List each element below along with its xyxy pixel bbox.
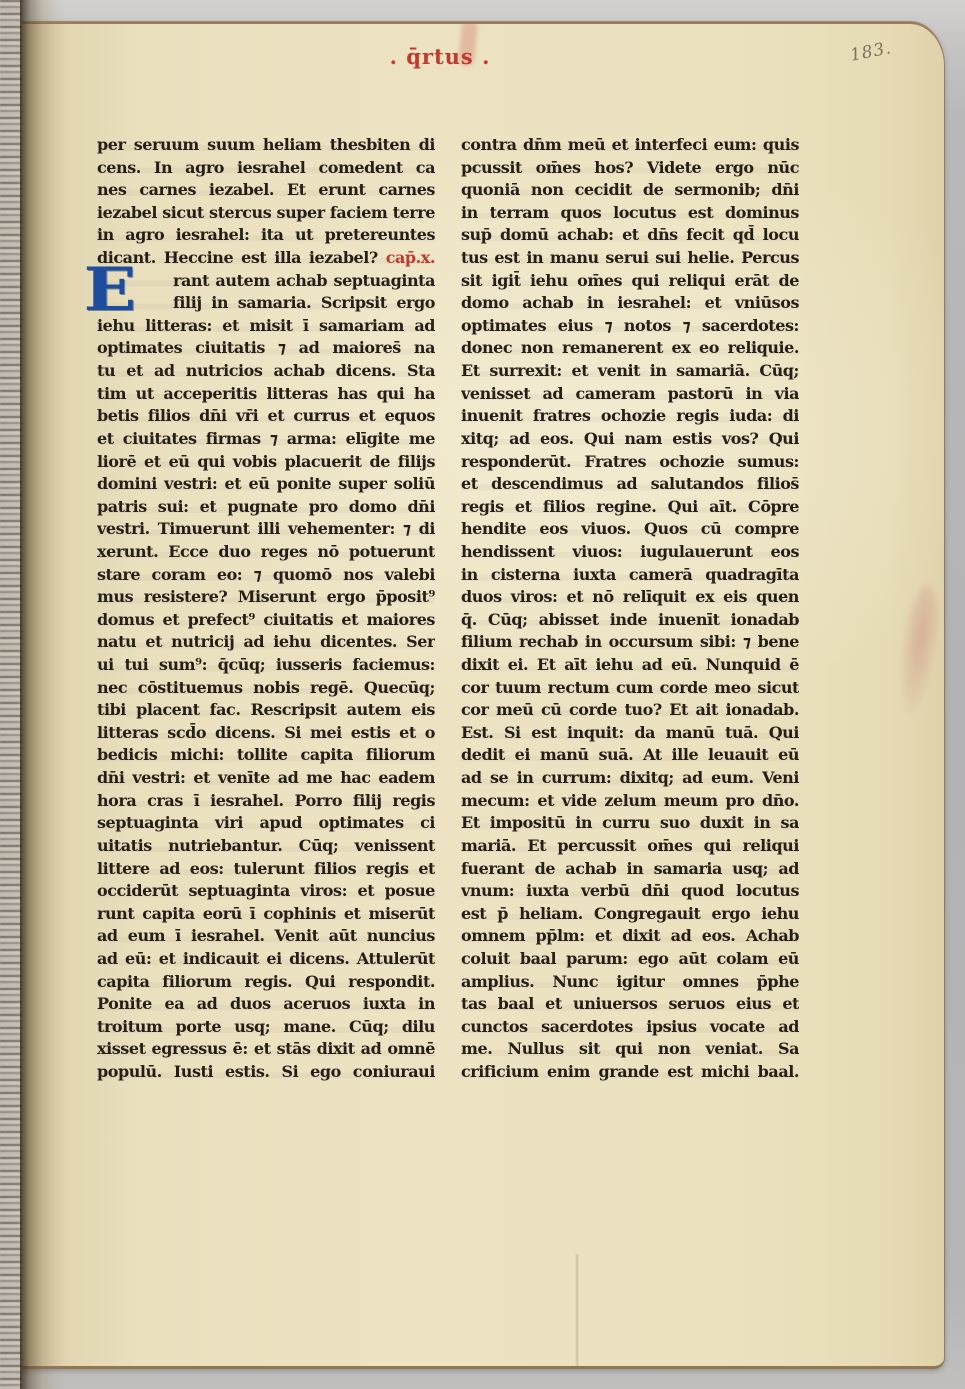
text-line: inuenit fratres ochozie regis iuda: di [461, 405, 799, 428]
text-line: betis filios dn̄i vr̄i et currus et equo… [97, 405, 435, 428]
text-line-content: duos viros: et nō relīquit ex eis quen [461, 587, 799, 606]
manuscript-page: . q̄rtus . 183. E per seruum suum heliam… [22, 22, 944, 1368]
text-line: mecum: et vide zelum meum pro dn̄o. [461, 790, 799, 813]
text-line: natu et nutricij ad iehu dicentes. Ser [97, 631, 435, 654]
text-line-content: domus et prefect⁹ ciuitatis et maiores [97, 610, 435, 629]
running-title: . q̄rtus . [360, 44, 520, 69]
text-line: regis et filios regine. Qui aīt. Cōpre [461, 496, 799, 519]
text-line-content: cor meū cū corde tuo? Et ait ionadab. [461, 700, 799, 719]
text-line-content: uitatis nutriebantur. Cūq; venissent [97, 836, 435, 855]
text-line-content: occiderūt septuaginta viros: et posue [97, 881, 435, 900]
text-line: responderūt. Fratres ochozie sumus: [461, 451, 799, 474]
text-line: omnem pp̄lm: et dixit ad eos. Achab [461, 925, 799, 948]
text-line-content: dicant. Heccine est illa iezabel? [97, 248, 386, 267]
text-line-content: optimates eius ⁊ notos ⁊ sacerdotes: [461, 316, 799, 335]
chapter-rubric: cap̄.x. [386, 248, 435, 267]
text-line: hora cras ī iesrahel. Porro filij regis [97, 790, 435, 813]
text-line-content: optimates ciuitatis ⁊ ad maiores̄ na [97, 338, 435, 357]
text-line: coluit baal parum: ego aūt colam eū [461, 948, 799, 971]
text-line-content: per seruum suum heliam thesbiten di [97, 135, 435, 154]
text-line-content: mus resistere? Miserunt ergo p̄posit⁹ [97, 587, 435, 606]
text-line: dn̄i vestri: et venīte ad me hac eadem [97, 767, 435, 790]
text-line-content: iehu litteras: et misit ī samariam ad [97, 316, 435, 335]
text-line: domo achab in iesrahel: et vniūsos [461, 292, 799, 315]
text-line: iezabel sicut stercus super faciem terre [97, 202, 435, 225]
text-line-content: cunctos sacerdotes ipsius vocate ad [461, 1017, 799, 1036]
text-line-content: tibi placent fac. Rescripsit autem eis [97, 700, 435, 719]
text-line: tus est in manu serui sui helie. Percus [461, 247, 799, 270]
text-line-content: nes carnes iezabel. Et erunt carnes [97, 180, 435, 199]
text-line-content: Et surrexit: et venit in samariā. Cūq; [461, 361, 799, 380]
text-line: xitq; ad eos. Qui nam estis vos? Qui [461, 428, 799, 451]
text-line: fuerant de achab in samaria usq; ad [461, 858, 799, 881]
text-line-content: littere ad eos: tulerunt filios regis et [97, 859, 435, 878]
text-line: tibi placent fac. Rescripsit autem eis [97, 699, 435, 722]
text-line: occiderūt septuaginta viros: et posue [97, 880, 435, 903]
text-line-content: in agro iesrahel: ita ut pretereuntes [97, 225, 435, 244]
text-line: hendissent viuos: iugulauerunt eos [461, 541, 799, 564]
text-line: nec cōstituemus nobis regē. Quecūq; [97, 677, 435, 700]
text-line-content: hendissent viuos: iugulauerunt eos [461, 542, 799, 561]
text-line-content: in terram quos locutus est dominus [461, 203, 799, 222]
text-line: tu et ad nutricios achab dicens. Sta [97, 360, 435, 383]
text-line-content: coluit baal parum: ego aūt colam eū [461, 949, 799, 968]
text-line-content: sit igit̄ iehu om̄es qui reliqui erāt d… [461, 271, 799, 290]
text-line-content: ui tui sum⁹: q̄cūq; iusseris faciemus: [97, 655, 435, 674]
text-line-content: dn̄i vestri: et venīte ad me hac eadem [97, 768, 435, 787]
text-line-content: Est. Si est inquit: da manū tuā. Qui [461, 723, 799, 742]
text-line: ui tui sum⁹: q̄cūq; iusseris faciemus: [97, 654, 435, 677]
text-line: Et impositū in curru suo duxit in sa [461, 812, 799, 835]
text-line: cunctos sacerdotes ipsius vocate ad [461, 1016, 799, 1039]
text-line-content: in cisterna iuxta camerā quadragīta [461, 565, 799, 584]
text-line-content: et ciuitates firmas ⁊ arma: elīgite me [97, 429, 435, 448]
text-line-content: stare coram eo: ⁊ quomō nos valebi [97, 565, 435, 584]
text-line-content: regis et filios regine. Qui aīt. Cōpre [461, 497, 799, 516]
text-line: q̄. Cūq; abisset inde inuenīt ionadab [461, 609, 799, 632]
text-line: tim ut acceperitis litteras has qui ha [97, 383, 435, 406]
text-line: capita filiorum regis. Qui respondit. [97, 971, 435, 994]
text-line: filium rechab in occursum sibi: ⁊ bene [461, 631, 799, 654]
text-line: quoniā non cecidit de sermonib; dn̄i [461, 179, 799, 202]
text-line: mariā. Et percussit om̄es qui reliqui [461, 835, 799, 858]
parchment-stain [893, 582, 944, 715]
text-line-content: pcussit om̄es hos? Videte ergo nūc [461, 158, 799, 177]
text-line-content: dedit ei manū suā. At ille leuauit eū [461, 745, 799, 764]
text-line: optimates ciuitatis ⁊ ad maiores̄ na [97, 337, 435, 360]
text-line-content: dixit ei. Et aīt iehu ad eū. Nunquid ē [461, 655, 799, 674]
text-line-content: cens. In agro iesrahel comedent ca [97, 158, 435, 177]
text-line-content: bedicis michi: tollite capita filiorum [97, 745, 435, 764]
text-line: tas baal et uniuersos seruos eius et [461, 993, 799, 1016]
text-line: litteras scd̄o dicens. Si mei estis et o [97, 722, 435, 745]
text-line: vestri. Timuerunt illi vehementer: ⁊ di [97, 518, 435, 541]
text-line: Ponite ea ad duos aceruos iuxta in [97, 993, 435, 1016]
text-line: septuaginta viri apud optimates ci [97, 812, 435, 835]
text-line-content: domini vestri: et eū ponite super soliū [97, 474, 435, 493]
text-line: me. Nullus sit qui non veniat. Sa [461, 1038, 799, 1061]
text-line: mus resistere? Miserunt ergo p̄posit⁹ [97, 586, 435, 609]
text-line: per seruum suum heliam thesbiten di [97, 134, 435, 157]
text-line: ad eū: et indicauit ei dicens. Attulerūt [97, 948, 435, 971]
text-line-content: venisset ad cameram pastorū in via [461, 384, 799, 403]
text-line: et ciuitates firmas ⁊ arma: elīgite me [97, 428, 435, 451]
text-line-content: tus est in manu serui sui helie. Percus [461, 248, 799, 267]
text-line: dixit ei. Et aīt iehu ad eū. Nunquid ē [461, 654, 799, 677]
text-line: troitum porte usq; mane. Cūq; dilu [97, 1016, 435, 1039]
book-fore-edge [0, 0, 22, 1389]
chapter-initial: E [84, 264, 136, 316]
text-line-content: hora cras ī iesrahel. Porro filij regis [97, 791, 435, 810]
text-line-content: et descendimus ad salutandos filios̄ [461, 474, 799, 493]
text-line: contra dn̄m meū et interfeci eum: quis [461, 134, 799, 157]
text-column-right: contra dn̄m meū et interfeci eum: quispc… [461, 134, 799, 1084]
text-line: et descendimus ad salutandos filios̄ [461, 473, 799, 496]
text-line-content: crificium enim grande est michi baal. [461, 1062, 799, 1081]
text-line: xisset egressus ē: et stās dixit ad omn… [97, 1038, 435, 1061]
text-line-content: fuerant de achab in samaria usq; ad [461, 859, 799, 878]
text-line-content: q̄. Cūq; abisset inde inuenīt ionadab [461, 610, 799, 629]
text-line: in terram quos locutus est dominus [461, 202, 799, 225]
text-line: hendite eos viuos. Quos cū compre [461, 518, 799, 541]
text-line-content: xerunt. Ecce duo reges nō potuerunt [97, 542, 435, 561]
text-line: sit igit̄ iehu om̄es qui reliqui erāt d… [461, 270, 799, 293]
text-line-content: ad eū: et indicauit ei dicens. Attulerūt [97, 949, 435, 968]
text-line-content: domo achab in iesrahel: et vniūsos [461, 293, 799, 312]
text-line-content: iezabel sicut stercus super faciem terre [97, 203, 435, 222]
text-line: bedicis michi: tollite capita filiorum [97, 744, 435, 767]
text-line-content: est p̄ heliam. Congregauit ergo iehu [461, 904, 799, 923]
text-line-content: tu et ad nutricios achab dicens. Sta [97, 361, 435, 380]
text-line: dicant. Heccine est illa iezabel? cap̄.x… [97, 247, 435, 270]
text-line-content: vnum: iuxta verbū dn̄i quod locutus [461, 881, 799, 900]
text-line-content: sup̄ domū achab: et dn̄s fecit qd̄ locu [461, 225, 799, 244]
text-line-content: omnem pp̄lm: et dixit ad eos. Achab [461, 926, 799, 945]
text-line: cor meū cū corde tuo? Et ait ionadab. [461, 699, 799, 722]
text-line-content: betis filios dn̄i vr̄i et currus et equo… [97, 406, 435, 425]
text-line-content: donec non remanerent ex eo reliquie. [461, 338, 799, 357]
text-line: ad se in currum: dixitq; ad eum. Veni [461, 767, 799, 790]
text-line-content: ad eum ī iesrahel. Venit aūt nuncius [97, 926, 435, 945]
text-line: donec non remanerent ex eo reliquie. [461, 337, 799, 360]
text-line-content: nec cōstituemus nobis regē. Quecūq; [97, 678, 435, 697]
text-line-content: vestri. Timuerunt illi vehementer: ⁊ di [97, 519, 435, 538]
text-line: in agro iesrahel: ita ut pretereuntes [97, 224, 435, 247]
text-column-left: E per seruum suum heliam thesbiten dicen… [97, 134, 435, 1084]
text-line: iehu litteras: et misit ī samariam ad [97, 315, 435, 338]
text-line: ad eum ī iesrahel. Venit aūt nuncius [97, 925, 435, 948]
text-line-content: amplius. Nunc igitur omnes p̄phe [461, 972, 799, 991]
text-line-content: filij in samaria. Scripsit ergo [173, 293, 435, 312]
text-line-content: xisset egressus ē: et stās dixit ad omn… [97, 1039, 435, 1058]
text-line: pcussit om̄es hos? Videte ergo nūc [461, 157, 799, 180]
text-line-content: hendite eos viuos. Quos cū compre [461, 519, 799, 538]
text-line-content: xitq; ad eos. Qui nam estis vos? Qui [461, 429, 799, 448]
text-line-content: patris sui: et pugnate pro domo dn̄i [97, 497, 435, 516]
text-line: Et surrexit: et venit in samariā. Cūq; [461, 360, 799, 383]
text-line-content: litteras scd̄o dicens. Si mei estis et o [97, 723, 435, 742]
text-line: patris sui: et pugnate pro domo dn̄i [97, 496, 435, 519]
text-line: runt capita eorū ī cophinis et miserūt [97, 903, 435, 926]
text-line: filij in samaria. Scripsit ergo [97, 292, 435, 315]
text-line-content: quoniā non cecidit de sermonib; dn̄i [461, 180, 799, 199]
text-line: amplius. Nunc igitur omnes p̄phe [461, 971, 799, 994]
text-line: xerunt. Ecce duo reges nō potuerunt [97, 541, 435, 564]
text-line: Est. Si est inquit: da manū tuā. Qui [461, 722, 799, 745]
text-line-content: filium rechab in occursum sibi: ⁊ bene [461, 632, 799, 651]
text-line-content: cor tuum rectum cum corde meo sicut [461, 678, 799, 697]
text-line-content: tim ut acceperitis litteras has qui ha [97, 384, 435, 403]
text-line-content: me. Nullus sit qui non veniat. Sa [461, 1039, 799, 1058]
text-line-content: contra dn̄m meū et interfeci eum: quis [461, 135, 799, 154]
text-line: liorē et eū qui vobis placuerit de filij… [97, 451, 435, 474]
text-line-content: inuenit fratres ochozie regis iuda: di [461, 406, 799, 425]
text-line-content: troitum porte usq; mane. Cūq; dilu [97, 1017, 435, 1036]
text-line: rant autem achab septuaginta [97, 270, 435, 293]
text-line: populū. Iusti estis. Si ego coniuraui [97, 1061, 435, 1084]
text-line: cor tuum rectum cum corde meo sicut [461, 677, 799, 700]
text-line: domus et prefect⁹ ciuitatis et maiores [97, 609, 435, 632]
text-line-content: Ponite ea ad duos aceruos iuxta in [97, 994, 435, 1013]
text-line: sup̄ domū achab: et dn̄s fecit qd̄ locu [461, 224, 799, 247]
text-line-content: mecum: et vide zelum meum pro dn̄o. [461, 791, 799, 810]
text-line-content: runt capita eorū ī cophinis et miserūt [97, 904, 435, 923]
text-line-content: tas baal et uniuersos seruos eius et [461, 994, 799, 1013]
text-line-content: septuaginta viri apud optimates ci [97, 813, 435, 832]
text-line: littere ad eos: tulerunt filios regis et [97, 858, 435, 881]
text-line: duos viros: et nō relīquit ex eis quen [461, 586, 799, 609]
text-line-content: natu et nutricij ad iehu dicentes. Ser [97, 632, 435, 651]
text-line: venisset ad cameram pastorū in via [461, 383, 799, 406]
backing-cloth [0, 0, 965, 24]
text-line: crificium enim grande est michi baal. [461, 1061, 799, 1084]
text-line-content: ad se in currum: dixitq; ad eum. Veni [461, 768, 799, 787]
text-line: nes carnes iezabel. Et erunt carnes [97, 179, 435, 202]
folio-number: 183. [848, 38, 893, 66]
text-line: est p̄ heliam. Congregauit ergo iehu [461, 903, 799, 926]
text-line-content: rant autem achab septuaginta [173, 271, 435, 290]
text-line: in cisterna iuxta camerā quadragīta [461, 564, 799, 587]
text-line: dedit ei manū suā. At ille leuauit eū [461, 744, 799, 767]
text-line: domini vestri: et eū ponite super soliū [97, 473, 435, 496]
text-line: stare coram eo: ⁊ quomō nos valebi [97, 564, 435, 587]
text-line: optimates eius ⁊ notos ⁊ sacerdotes: [461, 315, 799, 338]
text-line-content: Et impositū in curru suo duxit in sa [461, 813, 799, 832]
text-line-content: responderūt. Fratres ochozie sumus: [461, 452, 799, 471]
text-line-content: populū. Iusti estis. Si ego coniuraui [97, 1062, 435, 1081]
text-line-content: capita filiorum regis. Qui respondit. [97, 972, 435, 991]
text-line: cens. In agro iesrahel comedent ca [97, 157, 435, 180]
text-line-content: mariā. Et percussit om̄es qui reliqui [461, 836, 799, 855]
text-line: vnum: iuxta verbū dn̄i quod locutus [461, 880, 799, 903]
parchment-crease [575, 1254, 579, 1368]
text-line-content: liorē et eū qui vobis placuerit de filij… [97, 452, 435, 471]
text-line: uitatis nutriebantur. Cūq; venissent [97, 835, 435, 858]
